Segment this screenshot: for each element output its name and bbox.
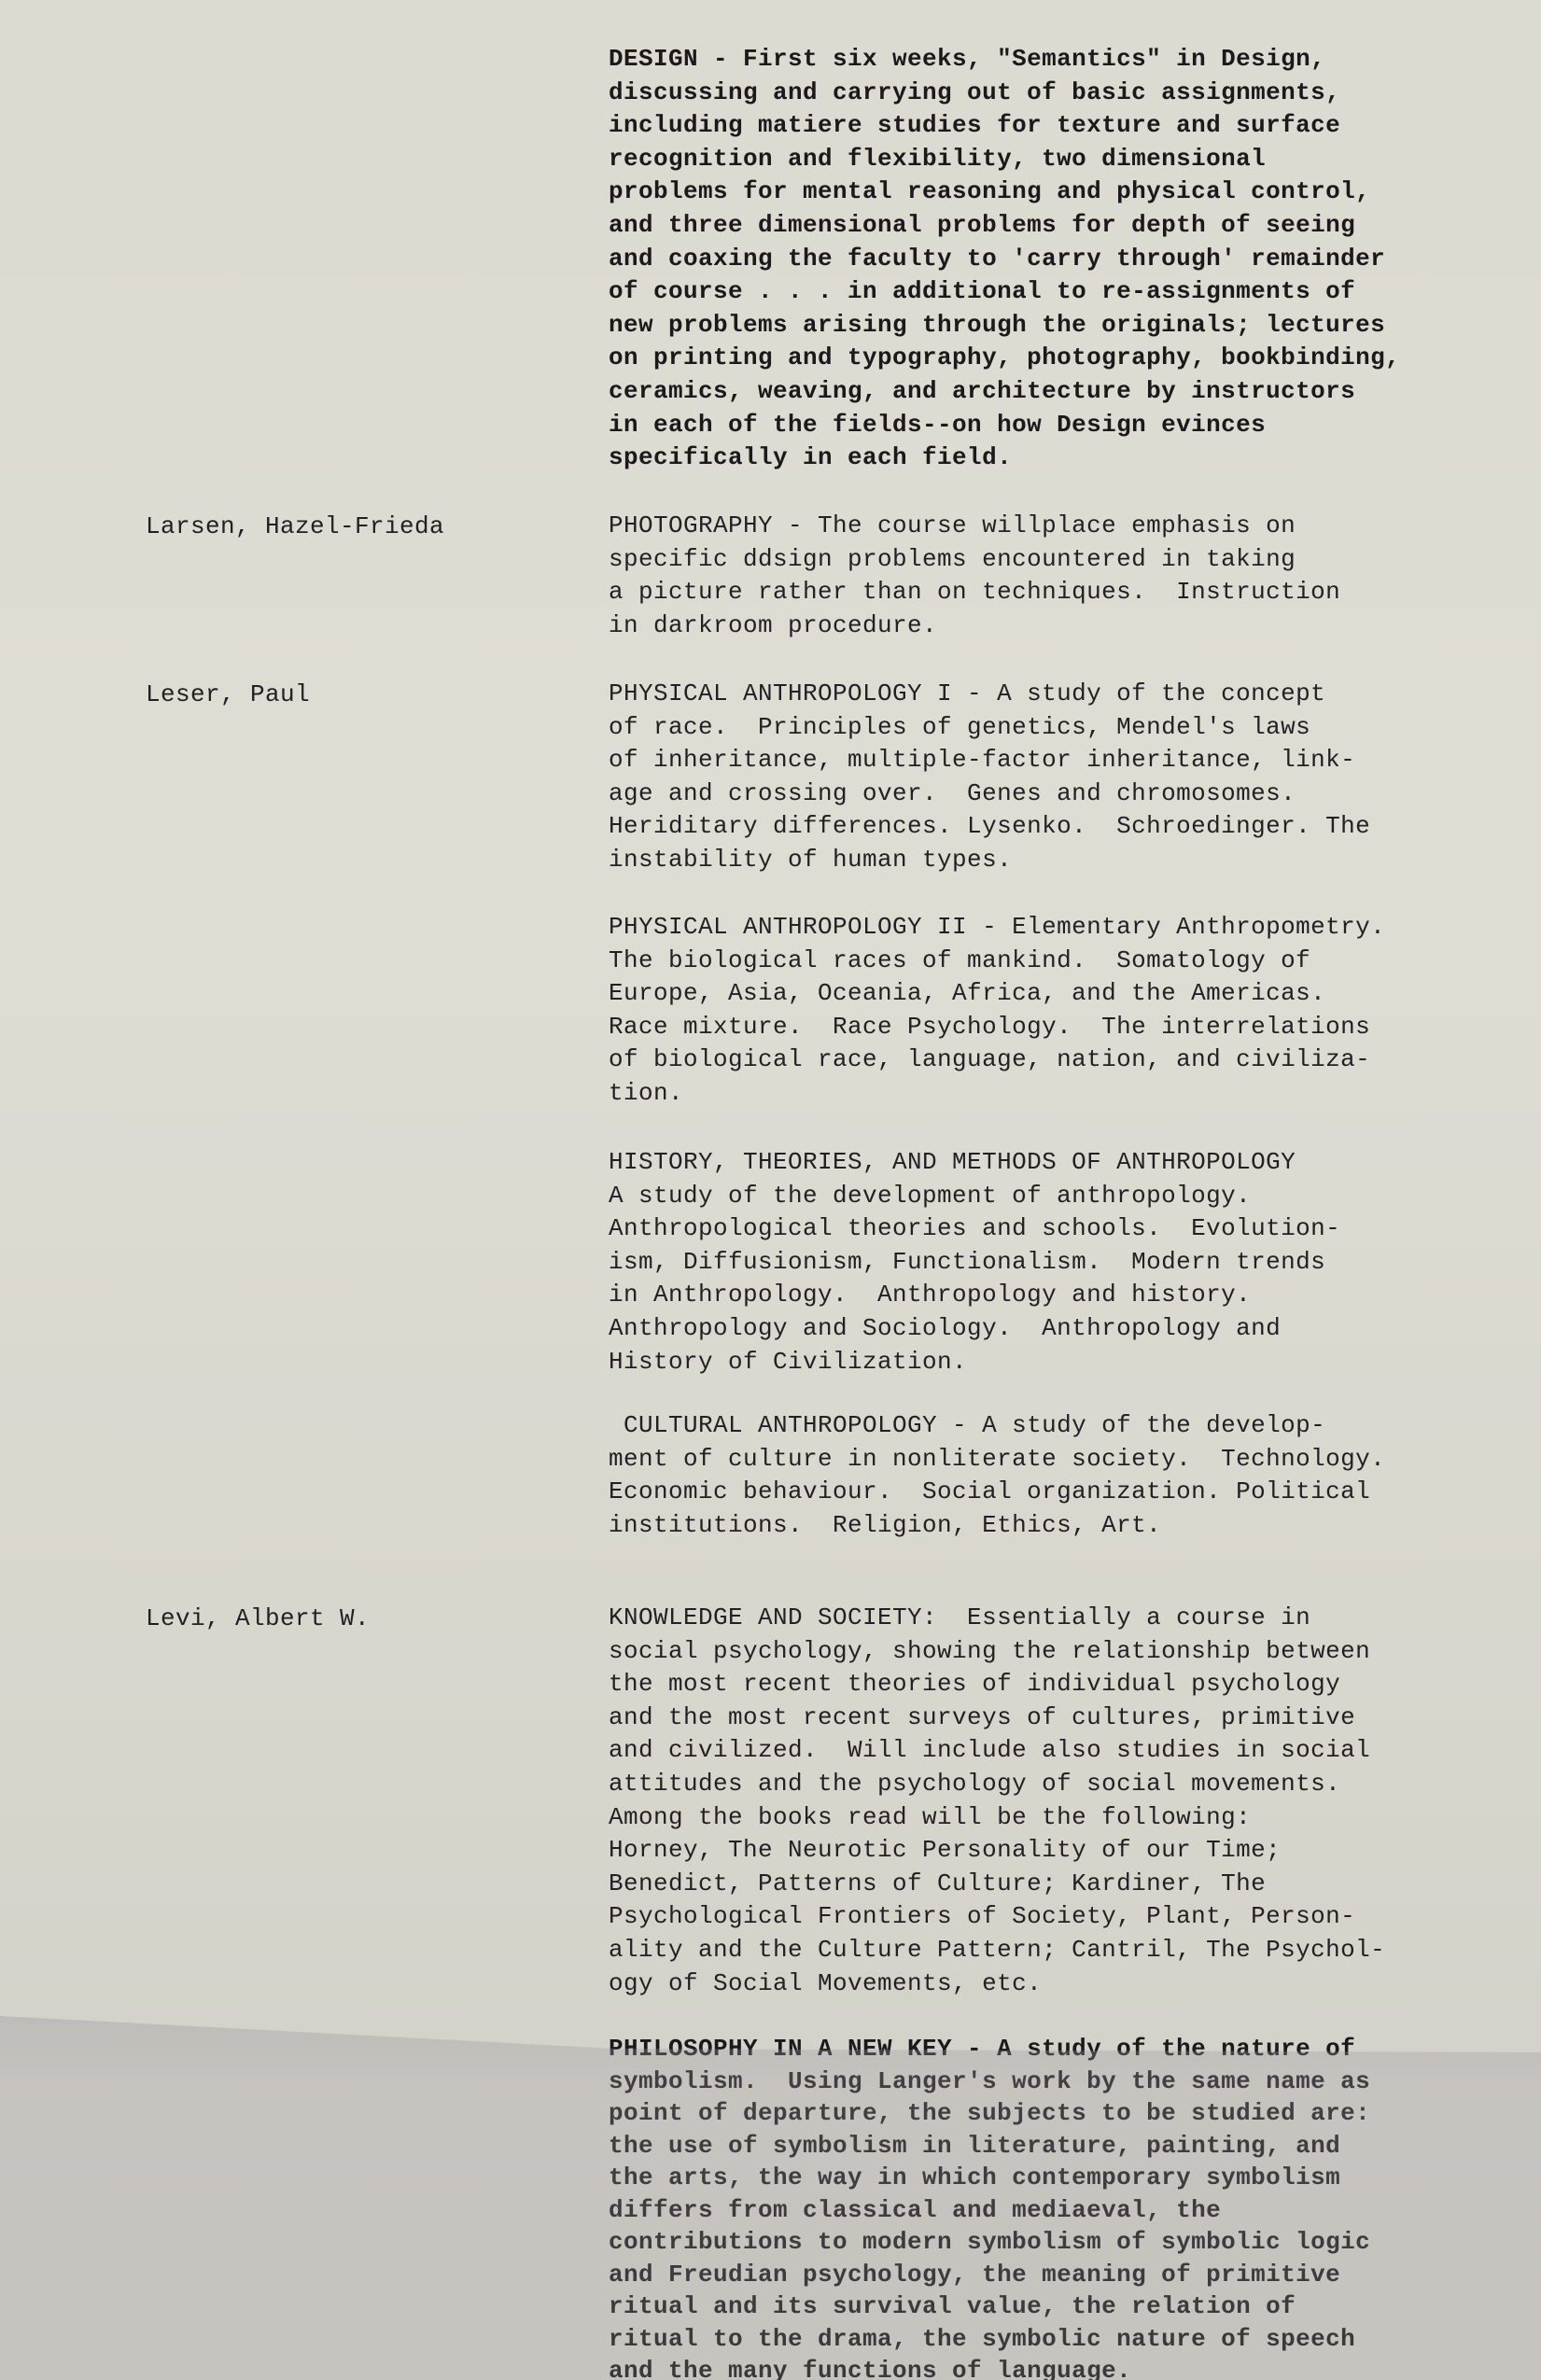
text-line: ism, Diffusionism, Functionalism. Modern…: [609, 1246, 1523, 1280]
text-line: Benedict, Patterns of Culture; Kardiner,…: [609, 1868, 1523, 1901]
text-line: PHILOSOPHY IN A NEW KEY - A study of the…: [609, 2033, 1523, 2065]
text-line: in Anthropology. Anthropology and histor…: [609, 1279, 1523, 1312]
text-line: Among the books read will be the followi…: [609, 1801, 1523, 1835]
text-line: on printing and typography, photography,…: [609, 342, 1523, 375]
text-line: specific ddsign problems encountered in …: [609, 543, 1523, 577]
text-line: instability of human types.: [609, 844, 1523, 877]
text-line: History of Civilization.: [609, 1346, 1523, 1379]
text-line: institutions. Religion, Ethics, Art.: [609, 1509, 1523, 1543]
course-description-physical-anthropology-2: PHYSICAL ANTHROPOLOGY II - Elementary An…: [609, 911, 1523, 1111]
text-line: age and crossing over. Genes and chromos…: [609, 777, 1523, 811]
text-line: Anthropological theories and schools. Ev…: [609, 1212, 1523, 1246]
text-line: KNOWLEDGE AND SOCIETY: Essentially a cou…: [609, 1602, 1523, 1635]
text-line: ogy of Social Movements, etc.: [609, 1967, 1523, 2001]
text-line: Europe, Asia, Oceania, Africa, and the A…: [609, 977, 1523, 1011]
text-line: Heriditary differences. Lysenko. Schroed…: [609, 810, 1523, 844]
text-line: contributions to modern symbolism of sym…: [609, 2226, 1523, 2259]
typewritten-page: DESIGN - First six weeks, "Semantics" in…: [0, 0, 1541, 2380]
text-line: of biological race, language, nation, an…: [609, 1043, 1523, 1077]
text-line: of course . . . in additional to re-assi…: [609, 275, 1523, 309]
text-line: PHYSICAL ANTHROPOLOGY I - A study of the…: [609, 678, 1523, 711]
course-description-design: DESIGN - First six weeks, "Semantics" in…: [609, 43, 1523, 475]
instructor-name: Leser, Paul: [146, 678, 310, 711]
text-line: and civilized. Will include also studies…: [609, 1734, 1523, 1768]
text-line: including matiere studies for texture an…: [609, 109, 1523, 143]
course-description-photography: PHOTOGRAPHY - The course willplace empha…: [609, 510, 1523, 642]
text-line: ceramics, weaving, and architecture by i…: [609, 375, 1523, 409]
text-line: ality and the Culture Pattern; Cantril, …: [609, 1934, 1523, 1967]
text-line: DESIGN - First six weeks, "Semantics" in…: [609, 43, 1523, 77]
text-line: ritual and its survival value, the relat…: [609, 2290, 1523, 2323]
text-line: specifically in each field.: [609, 441, 1523, 475]
text-line: in each of the fields--on how Design evi…: [609, 409, 1523, 442]
text-line: attitudes and the psychology of social m…: [609, 1768, 1523, 1801]
text-line: in darkroom procedure.: [609, 609, 1523, 643]
instructor-name: Larsen, Hazel-Frieda: [146, 510, 444, 543]
text-line: A study of the development of anthropolo…: [609, 1180, 1523, 1213]
text-line: Race mixture. Race Psychology. The inter…: [609, 1011, 1523, 1044]
text-line: the arts, the way in which contemporary …: [609, 2162, 1523, 2194]
text-line: discussing and carrying out of basic ass…: [609, 77, 1523, 110]
text-line: Horney, The Neurotic Personality of our …: [609, 1834, 1523, 1868]
text-line: HISTORY, THEORIES, AND METHODS OF ANTHRO…: [609, 1146, 1523, 1180]
course-description-philosophy-in-a-new-key: PHILOSOPHY IN A NEW KEY - A study of the…: [609, 2033, 1523, 2380]
text-line: the use of symbolism in literature, pain…: [609, 2130, 1523, 2163]
instructor-name: Levi, Albert W.: [146, 1602, 370, 1635]
text-line: tion.: [609, 1077, 1523, 1111]
course-description-cultural-anthropology: CULTURAL ANTHROPOLOGY - A study of the d…: [609, 1409, 1523, 1542]
text-line: new problems arising through the origina…: [609, 309, 1523, 343]
course-description-physical-anthropology-1: PHYSICAL ANTHROPOLOGY I - A study of the…: [609, 678, 1523, 877]
text-line: symbolism. Using Langer's work by the sa…: [609, 2065, 1523, 2098]
text-line: ritual to the drama, the symbolic nature…: [609, 2323, 1523, 2356]
text-line: and the most recent surveys of cultures,…: [609, 1701, 1523, 1735]
text-line: Anthropology and Sociology. Anthropology…: [609, 1312, 1523, 1346]
text-line: Psychological Frontiers of Society, Plan…: [609, 1900, 1523, 1934]
text-line: problems for mental reasoning and physic…: [609, 175, 1523, 209]
text-line: CULTURAL ANTHROPOLOGY - A study of the d…: [609, 1409, 1523, 1443]
text-line: and three dimensional problems for depth…: [609, 209, 1523, 243]
text-line: of race. Principles of genetics, Mendel'…: [609, 711, 1523, 745]
text-line: and the many functions of language.: [609, 2355, 1523, 2380]
text-line: The biological races of mankind. Somatol…: [609, 945, 1523, 978]
text-line: ment of culture in nonliterate society. …: [609, 1443, 1523, 1477]
text-line: PHYSICAL ANTHROPOLOGY II - Elementary An…: [609, 911, 1523, 945]
text-line: a picture rather than on techniques. Ins…: [609, 576, 1523, 609]
text-line: and Freudian psychology, the meaning of …: [609, 2259, 1523, 2291]
text-line: differs from classical and mediaeval, th…: [609, 2194, 1523, 2227]
text-line: social psychology, showing the relations…: [609, 1635, 1523, 1669]
text-line: point of departure, the subjects to be s…: [609, 2097, 1523, 2130]
course-description-knowledge-and-society: KNOWLEDGE AND SOCIETY: Essentially a cou…: [609, 1602, 1523, 2000]
text-line: and coaxing the faculty to 'carry throug…: [609, 243, 1523, 276]
text-line: of inheritance, multiple-factor inherita…: [609, 744, 1523, 777]
text-line: PHOTOGRAPHY - The course willplace empha…: [609, 510, 1523, 543]
text-line: Economic behaviour. Social organization.…: [609, 1476, 1523, 1509]
text-line: the most recent theories of individual p…: [609, 1668, 1523, 1701]
course-description-history-theories-methods: HISTORY, THEORIES, AND METHODS OF ANTHRO…: [609, 1146, 1523, 1379]
text-line: recognition and flexibility, two dimensi…: [609, 143, 1523, 176]
